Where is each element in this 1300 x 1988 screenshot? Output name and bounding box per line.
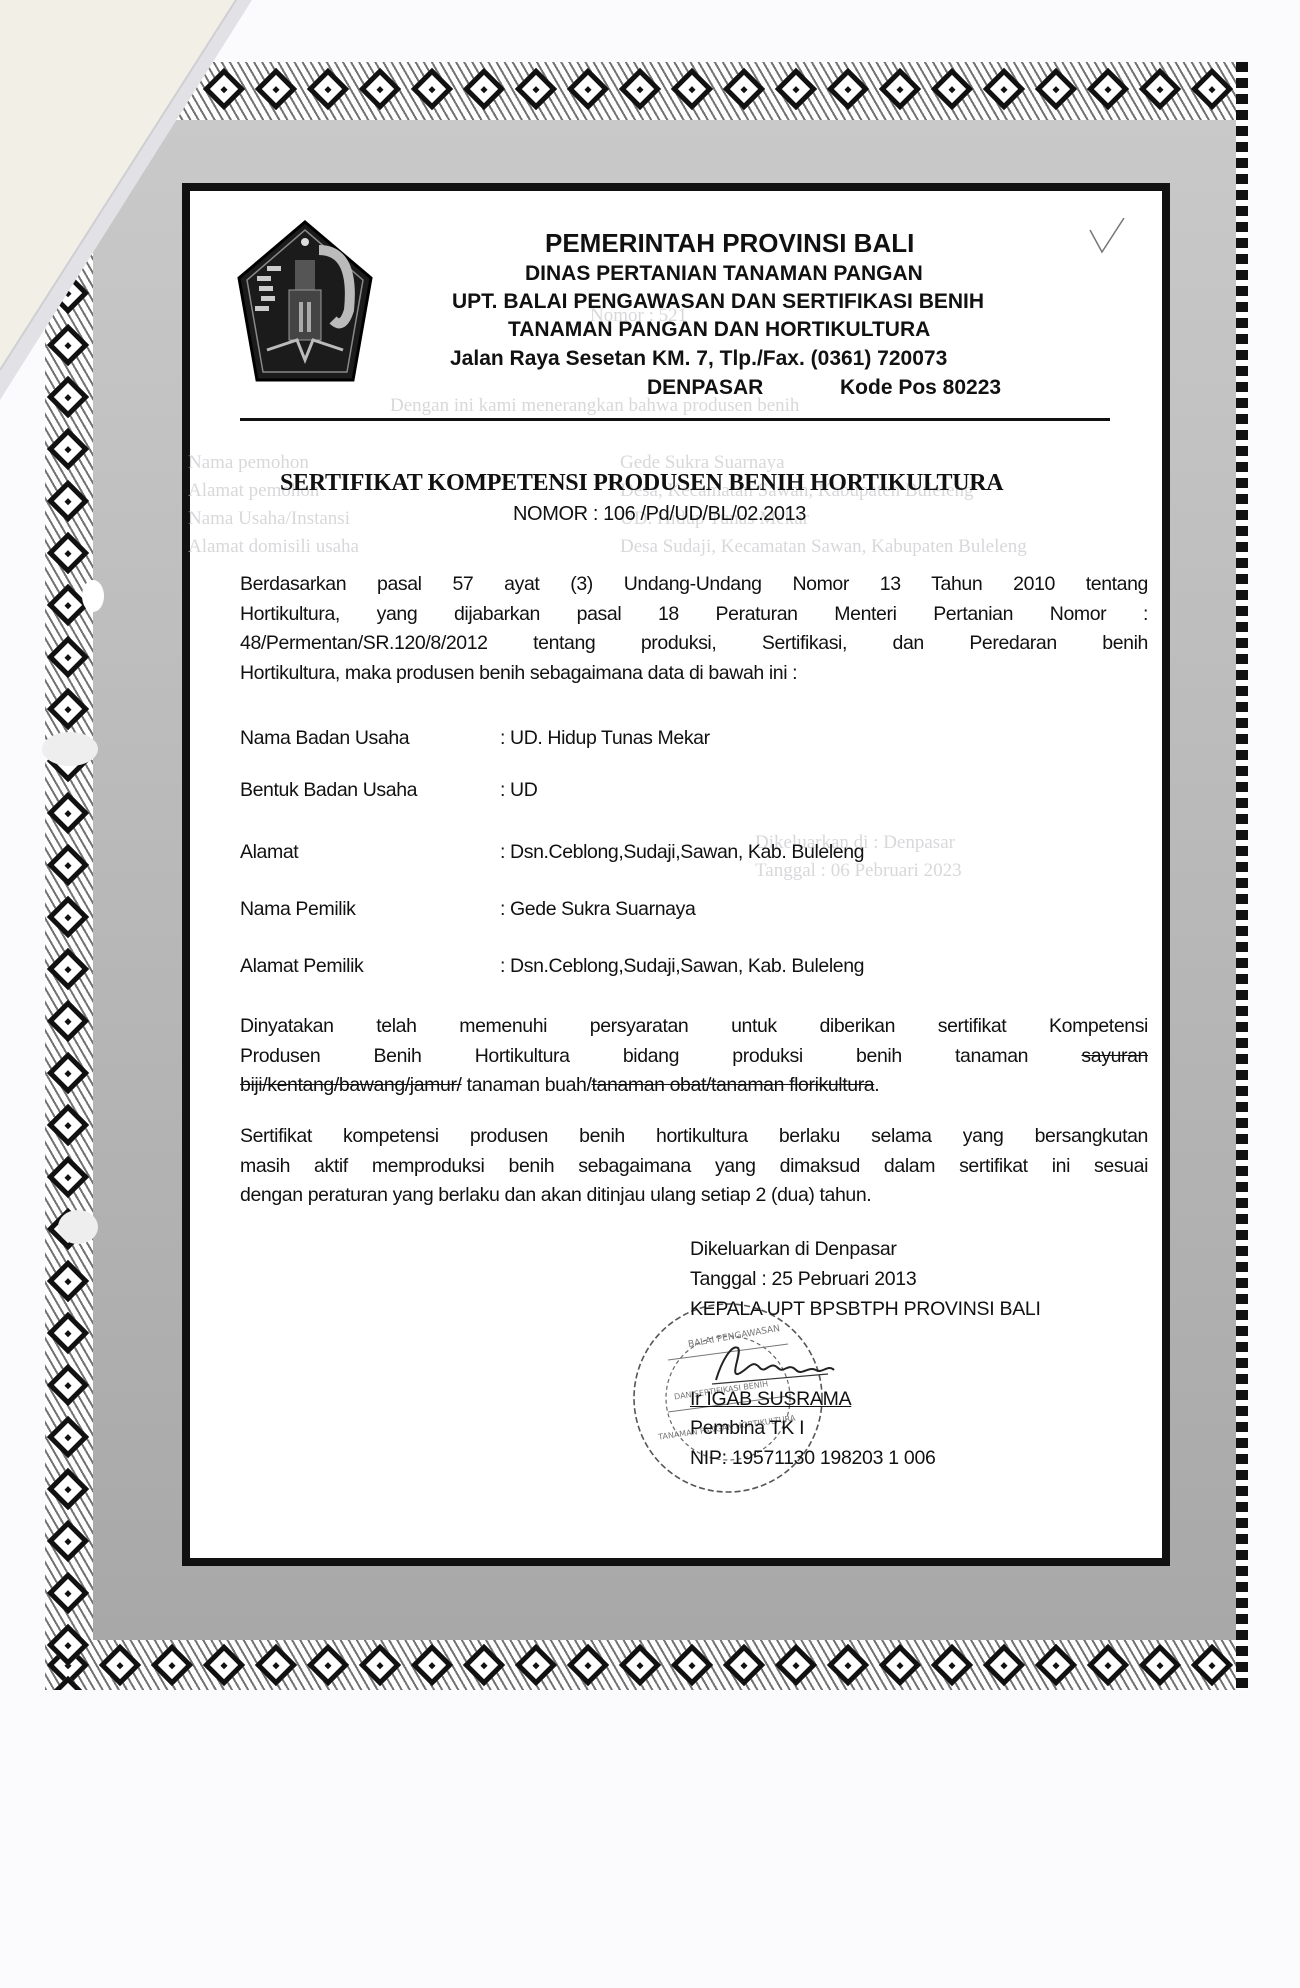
- diamond-ornament: [1087, 68, 1129, 110]
- declaration-text: tanaman buah/: [462, 1074, 592, 1096]
- declaration-line: Produsen Benih Hortikultura bidang produ…: [240, 1042, 1148, 1072]
- diamond-ornament: [47, 168, 89, 210]
- signatory-nip: NIP: 19571130 198203 1 006: [690, 1447, 936, 1470]
- diamond-ornament: [671, 1644, 713, 1686]
- bottom-diamond-band: [45, 1640, 1248, 1690]
- diamond-ornament: [47, 1624, 89, 1666]
- left-diamond-band: [45, 62, 93, 1690]
- punch-hole: [82, 580, 104, 612]
- letterhead-department: DINAS PERTANIAN TANAMAN PANGAN: [525, 262, 923, 286]
- diamond-ornament: [671, 68, 713, 110]
- punch-hole: [58, 1210, 98, 1244]
- diamond-ornament: [515, 1644, 557, 1686]
- diamond-ornament: [879, 68, 921, 110]
- diamond-ornament: [47, 324, 89, 366]
- diamond-ornament: [879, 1644, 921, 1686]
- diamond-ornament: [515, 68, 557, 110]
- certificate-number: NOMOR : 106 /Pd/UD/BL/02.2013: [513, 503, 806, 526]
- diamond-ornament: [723, 68, 765, 110]
- intro-line: Hortikultura, maka produsen benih sebaga…: [240, 659, 1148, 689]
- intro-line: 48/Permentan/SR.120/8/2012 tentang produ…: [240, 629, 1148, 659]
- diamond-ornament: [983, 68, 1025, 110]
- diamond-ornament: [47, 376, 89, 418]
- diamond-ornament: [463, 1644, 505, 1686]
- diamond-ornament: [307, 68, 349, 110]
- field-value-address: : Dsn.Ceblong,Sudaji,Sawan, Kab. Bulelen…: [500, 841, 864, 864]
- diamond-ornament: [47, 272, 89, 314]
- validity-line: masih aktif memproduksi benih sebagaiman…: [240, 1152, 1148, 1182]
- diamond-ornament: [47, 1312, 89, 1354]
- letterhead-unit-line1: UPT. BALAI PENGAWASAN DAN SERTIFIKASI BE…: [452, 290, 984, 314]
- field-label-owner-address: Alamat Pemilik: [240, 955, 363, 978]
- diamond-ornament: [151, 1644, 193, 1686]
- diamond-ornament: [463, 68, 505, 110]
- diamond-ornament: [203, 1644, 245, 1686]
- letterhead-government: PEMERINTAH PROVINSI BALI: [545, 228, 914, 259]
- diamond-ornament: [203, 68, 245, 110]
- diamond-ornament: [47, 1676, 89, 1690]
- diamond-ornament: [47, 688, 89, 730]
- intro-line: Berdasarkan pasal 57 ayat (3) Undang-Und…: [240, 570, 1148, 600]
- diamond-ornament: [1191, 68, 1233, 110]
- diamond-ornament: [567, 68, 609, 110]
- top-diamond-band: [45, 62, 1248, 120]
- diamond-ornament: [827, 1644, 869, 1686]
- letterhead-address: Jalan Raya Sesetan KM. 7, Tlp./Fax. (036…: [450, 347, 947, 371]
- validity-line: Sertifikat kompetensi produsen benih hor…: [240, 1122, 1148, 1152]
- diamond-ornament: [151, 68, 193, 110]
- bali-province-emblem-icon: [237, 220, 373, 382]
- issued-at: Dikeluarkan di Denpasar: [690, 1238, 897, 1261]
- diamond-ornament: [47, 428, 89, 470]
- diamond-ornament: [1035, 1644, 1077, 1686]
- diamond-ornament: [255, 1644, 297, 1686]
- field-label-business-type: Bentuk Badan Usaha: [240, 779, 417, 802]
- field-label-business-name: Nama Badan Usaha: [240, 727, 409, 750]
- diamond-ornament: [47, 844, 89, 886]
- diamond-ornament: [99, 68, 141, 110]
- diamond-ornament: [47, 1520, 89, 1562]
- diamond-ornament: [47, 896, 89, 938]
- diamond-ornament: [1035, 68, 1077, 110]
- diamond-ornament: [411, 68, 453, 110]
- diamond-ornament: [47, 220, 89, 262]
- intro-paragraph: Berdasarkan pasal 57 ayat (3) Undang-Und…: [240, 570, 1148, 688]
- diamond-ornament: [47, 480, 89, 522]
- diamond-ornament: [47, 1416, 89, 1458]
- validity-paragraph: Sertifikat kompetensi produsen benih hor…: [240, 1122, 1148, 1211]
- declaration-line: biji/kentang/bawang/jamur/ tanaman buah/…: [240, 1071, 1148, 1101]
- declaration-text: Produsen Benih Hortikultura bidang produ…: [240, 1045, 1028, 1067]
- letterhead-city: DENPASAR: [647, 376, 763, 400]
- diamond-ornament: [47, 948, 89, 990]
- handwritten-signature-icon: [708, 1340, 838, 1395]
- letterhead-divider: [240, 418, 1110, 421]
- diamond-ornament: [1139, 1644, 1181, 1686]
- validity-line: dengan peraturan yang berlaku dan akan d…: [240, 1181, 1148, 1211]
- diamond-ornament: [411, 1644, 453, 1686]
- diamond-ornament: [619, 1644, 661, 1686]
- diamond-ornament: [1087, 1644, 1129, 1686]
- punch-hole: [42, 732, 98, 766]
- signatory-name: Ir IGAB SUSRAMA: [690, 1388, 851, 1411]
- right-dashed-band: [1236, 62, 1248, 1690]
- bleed-through-text: Nama Usaha/Instansi: [188, 508, 350, 530]
- diamond-ornament: [619, 68, 661, 110]
- diamond-ornament: [47, 792, 89, 834]
- letterhead-unit-line2: TANAMAN PANGAN DAN HORTIKULTURA: [508, 318, 930, 342]
- field-value-owner-address: : Dsn.Ceblong,Sudaji,Sawan, Kab. Bulelen…: [500, 955, 864, 978]
- diamond-ornament: [775, 1644, 817, 1686]
- bleed-through-text: Desa Sudaji, Kecamatan Sawan, Kabupaten …: [620, 536, 1027, 558]
- declaration-paragraph: Dinyatakan telah memenuhi persyaratan un…: [240, 1012, 1148, 1101]
- diamond-ornament: [723, 1644, 765, 1686]
- diamond-ornament: [47, 1468, 89, 1510]
- diamond-ornament: [99, 1644, 141, 1686]
- diamond-ornament: [47, 1156, 89, 1198]
- diamond-ornament: [827, 68, 869, 110]
- field-value-owner-name: : Gede Sukra Suarnaya: [500, 898, 695, 921]
- diamond-ornament: [47, 1104, 89, 1146]
- diamond-ornament: [567, 1644, 609, 1686]
- diamond-ornament: [1139, 68, 1181, 110]
- diamond-ornament: [775, 68, 817, 110]
- diamond-ornament: [1191, 1644, 1233, 1686]
- diamond-ornament: [255, 68, 297, 110]
- diamond-ornament: [47, 1052, 89, 1094]
- struck-text: tanaman obat/tanaman florikultura: [592, 1074, 875, 1096]
- diamond-ornament: [983, 1644, 1025, 1686]
- declaration-text: .: [874, 1074, 879, 1096]
- diamond-ornament: [47, 636, 89, 678]
- field-label-address: Alamat: [240, 841, 298, 864]
- diamond-ornament: [47, 116, 89, 158]
- letterhead-postal-code: Kode Pos 80223: [840, 376, 1001, 400]
- signatory-position: KEPALA UPT BPSBTPH PROVINSI BALI: [690, 1298, 1041, 1321]
- struck-text: biji/kentang/bawang/jamur/: [240, 1074, 462, 1096]
- diamond-ornament: [359, 1644, 401, 1686]
- bleed-through-text: Alamat domisili usaha: [188, 536, 359, 558]
- diamond-ornament: [47, 1364, 89, 1406]
- intro-line: Hortikultura, yang dijabarkan pasal 18 P…: [240, 600, 1148, 630]
- check-mark-icon: [1088, 218, 1128, 273]
- diamond-ornament: [931, 1644, 973, 1686]
- issue-date: Tanggal : 25 Pebruari 2013: [690, 1268, 916, 1291]
- diamond-ornament: [359, 68, 401, 110]
- diamond-ornament: [47, 532, 89, 574]
- diamond-ornament: [931, 68, 973, 110]
- diamond-ornament: [47, 1260, 89, 1302]
- struck-text: sayuran: [1081, 1045, 1148, 1067]
- diamond-ornament: [47, 1000, 89, 1042]
- declaration-line: Dinyatakan telah memenuhi persyaratan un…: [240, 1012, 1148, 1042]
- signatory-rank: Pembina TK I: [690, 1417, 804, 1440]
- field-label-owner-name: Nama Pemilik: [240, 898, 355, 921]
- diamond-ornament: [47, 1572, 89, 1614]
- field-value-business-name: : UD. Hidup Tunas Mekar: [500, 727, 710, 750]
- certificate-title: SERTIFIKAT KOMPETENSI PRODUSEN BENIH HOR…: [280, 470, 1003, 497]
- field-value-business-type: : UD: [500, 779, 537, 802]
- diamond-ornament: [307, 1644, 349, 1686]
